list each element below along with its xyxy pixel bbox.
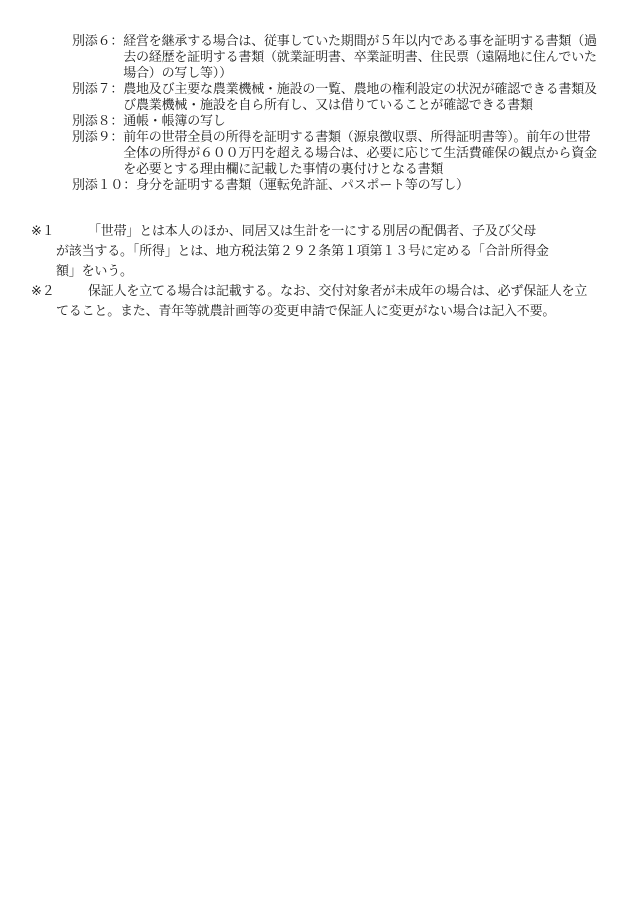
attachment-text: 経営を継承する場合は、従事していた期間が５年以内である事を証明する書類（過 去の… [123,33,597,81]
attachment-label: 別添９： [72,129,123,145]
attachment-text: 前年の世帯全員の所得を証明する書類（源泉徴収票、所得証明書等）。前年の世帯 全体… [123,129,597,177]
footnote-text-line: が該当する。「所得」とは、地方税法第２９２条第１項第１３号に定める「合計所得金 [56,241,620,261]
footnote-text-line: 額」をいう。 [56,261,620,281]
attachment-label: 別添１０： [72,177,136,193]
attachment-text-line: 去の経歴を証明する書類（就業証明書、卒業証明書、住民票（遠隔地に住んでいた [123,49,597,65]
attachment-text-line: 場合）の写し等）） [123,65,597,81]
attachment-text: 身分を証明する書類（運転免許証、パスポート等の写し） [136,177,469,193]
attachment-text-line: 経営を継承する場合は、従事していた期間が５年以内である事を証明する書類（過 [123,33,597,49]
footnote-list: ※１ 「世帯」とは本人のほか、同居又は生計を一にする別居の配偶者、子及び父母 が… [0,221,620,321]
attachment-item-7: 別添７： 農地及び主要な農業機械・施設の一覧、農地の権利設定の状況が確認できる書… [72,81,620,113]
footnote-item-2: ※２ 保証人を立てる場合は記載する。なお、交付対象者が未成年の場合は、必ず保証人… [0,281,620,321]
attachment-label: 別添８： [72,113,123,129]
footnote-marker: ※２ [31,281,55,301]
attachment-text-line: 全体の所得が６００万円を超える場合は、必要に応じて生活費確保の観点から資金 [123,145,597,161]
attachment-text-line: 農地及び主要な農業機械・施設の一覧、農地の権利設定の状況が確認できる書類及 [123,81,597,97]
attachment-text: 通帳・帳簿の写し [123,113,225,129]
attachment-label: 別添６： [72,33,123,49]
document-page: 別添６： 経営を継承する場合は、従事していた期間が５年以内である事を証明する書類… [0,0,630,903]
attachment-text-line: 前年の世帯全員の所得を証明する書類（源泉徴収票、所得証明書等）。前年の世帯 [123,129,597,145]
footnote-text-line: 「世帯」とは本人のほか、同居又は生計を一にする別居の配偶者、子及び父母 [56,221,620,241]
attachment-text-line: を必要とする理由欄に記載した事情の裏付けとなる書類 [123,161,597,177]
attachment-item-8: 別添８： 通帳・帳簿の写し [72,113,620,129]
attachment-item-10: 別添１０： 身分を証明する書類（運転免許証、パスポート等の写し） [72,177,620,193]
attachment-item-6: 別添６： 経営を継承する場合は、従事していた期間が５年以内である事を証明する書類… [72,33,620,81]
attachment-item-9: 別添９： 前年の世帯全員の所得を証明する書類（源泉徴収票、所得証明書等）。前年の… [72,129,620,177]
attachment-text-line: び農業機械・施設を自ら所有し、又は借りていることが確認できる書類 [123,97,597,113]
attachment-text-line: 通帳・帳簿の写し [123,113,225,129]
attachment-text: 農地及び主要な農業機械・施設の一覧、農地の権利設定の状況が確認できる書類及 び農… [123,81,597,113]
attachment-label: 別添７： [72,81,123,97]
footnote-text-line: 保証人を立てる場合は記載する。なお、交付対象者が未成年の場合は、必ず保証人を立 [56,281,620,301]
footnote-marker: ※１ [31,221,55,241]
footnote-text-line: てること。また、青年等就農計画等の変更申請で保証人に変更がない場合は記入不要。 [56,301,620,321]
attachment-text-line: 身分を証明する書類（運転免許証、パスポート等の写し） [136,177,469,193]
attachment-list: 別添６： 経営を継承する場合は、従事していた期間が５年以内である事を証明する書類… [72,33,620,193]
footnote-item-1: ※１ 「世帯」とは本人のほか、同居又は生計を一にする別居の配偶者、子及び父母 が… [0,221,620,281]
